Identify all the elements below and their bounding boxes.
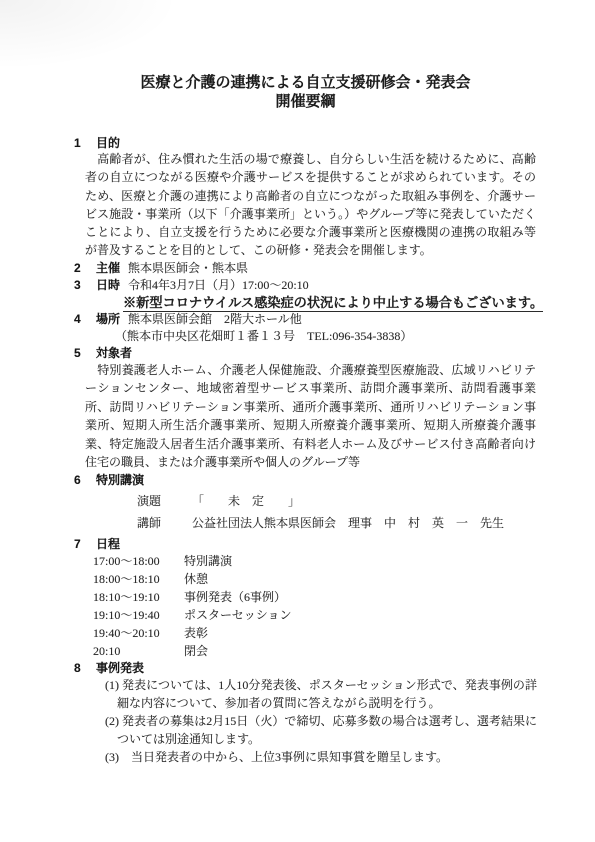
section-purpose: 1目的 高齢者が、住み慣れた生活の場で療養し、自分らしい生活を続けるために、高齢… bbox=[74, 136, 537, 260]
section-audience: 5対象者 特別養護老人ホーム、介護老人保健施設、介護療養型医療施設、広域リハビリ… bbox=[74, 345, 537, 472]
case-presentation-item: (1) 発表については、1人10分発表後、ポスターセッション形式で、発表事例の詳… bbox=[74, 676, 537, 712]
section-number: 7 bbox=[74, 536, 96, 552]
venue-address: （熊本市中央区花畑町１番１３号 TEL:096-354-3838） bbox=[115, 328, 537, 345]
organizer-text: 熊本県医師会・熊本県 bbox=[128, 261, 248, 275]
schedule-time: 20:10 bbox=[93, 642, 184, 660]
section-number: 5 bbox=[74, 345, 96, 361]
case-presentation-item: (3) 当日発表者の中から、上位3事例に県知事賞を贈呈します。 bbox=[74, 748, 537, 766]
lecture-title-value: 「 未 定 」 bbox=[192, 494, 300, 508]
section-lecture-heading: 6特別講演 bbox=[74, 472, 537, 488]
venue-text: 熊本県医師会館 2階大ホール他 bbox=[128, 312, 302, 326]
schedule-time: 18:00～18:10 bbox=[93, 570, 184, 588]
lecture-title-row: 演題「 未 定 」 bbox=[74, 493, 537, 509]
section-schedule-heading: 7日程 bbox=[74, 536, 537, 552]
section-number: 8 bbox=[74, 660, 96, 676]
section-heading-label: 場所 bbox=[96, 311, 128, 328]
section-organizer: 2主催熊本県医師会・熊本県 bbox=[74, 260, 537, 277]
schedule-event: ポスターセッション bbox=[184, 608, 292, 622]
section-special-lecture: 6特別講演 演題「 未 定 」 講師公益社団法人熊本県医師会 理事 中 村 英 … bbox=[74, 472, 537, 531]
document-page: 医療と介護の連携による自立支援研修会・発表会 開催要綱 1目的 高齢者が、住み慣… bbox=[0, 0, 595, 842]
section-schedule: 7日程 17:00～18:00特別講演 18:00～18:10休憩 18:10～… bbox=[74, 536, 537, 660]
schedule-time: 19:40～20:10 bbox=[93, 624, 184, 642]
section-number: 2 bbox=[74, 260, 96, 277]
section-heading-label: 事例発表 bbox=[96, 661, 144, 675]
section-heading-label: 日時 bbox=[96, 277, 128, 294]
lecturer-row: 講師公益社団法人熊本県医師会 理事 中 村 英 一 先生 bbox=[74, 515, 537, 531]
section-number: 3 bbox=[74, 277, 96, 294]
section-heading-label: 対象者 bbox=[96, 346, 132, 360]
lecturer-value: 公益社団法人熊本県医師会 理事 中 村 英 一 先生 bbox=[192, 516, 504, 530]
schedule-row: 18:10～19:10事例発表（6事例） bbox=[74, 588, 537, 606]
section-audience-heading: 5対象者 bbox=[74, 345, 537, 361]
schedule-event: 事例発表（6事例） bbox=[184, 590, 286, 604]
section-venue-line: 4場所熊本県医師会館 2階大ホール他 bbox=[74, 311, 537, 328]
lecture-title-label: 演題 bbox=[137, 493, 192, 509]
schedule-event: 表彰 bbox=[184, 626, 208, 640]
section-heading-label: 主催 bbox=[96, 260, 128, 277]
section-number: 4 bbox=[74, 311, 96, 328]
schedule-row: 17:00～18:00特別講演 bbox=[74, 552, 537, 570]
section-purpose-heading: 1目的 bbox=[74, 136, 537, 150]
datetime-text: 令和4年3月7日（月）17:00～20:10 bbox=[128, 278, 309, 292]
lecturer-label: 講師 bbox=[137, 515, 192, 531]
section-case-presentation: 8事例発表 (1) 発表については、1人10分発表後、ポスターセッション形式で、… bbox=[74, 660, 537, 766]
section-datetime-line: 3日時令和4年3月7日（月）17:00～20:10 bbox=[74, 277, 537, 294]
schedule-event: 閉会 bbox=[184, 644, 208, 658]
schedule-time: 19:10～19:40 bbox=[93, 606, 184, 624]
schedule-event: 特別講演 bbox=[184, 554, 232, 568]
schedule-row: 19:40～20:10表彰 bbox=[74, 624, 537, 642]
schedule-row: 20:10閉会 bbox=[74, 642, 537, 660]
schedule-row: 18:00～18:10休憩 bbox=[74, 570, 537, 588]
covid-cancellation-note-row: ※新型コロナウイルス感染症の状況により中止する場合もございます。 bbox=[123, 294, 537, 311]
section-heading-label: 日程 bbox=[96, 537, 120, 551]
schedule-time: 18:10～19:10 bbox=[93, 588, 184, 606]
section-organizer-line: 2主催熊本県医師会・熊本県 bbox=[74, 260, 537, 277]
purpose-body-text: 高齢者が、住み慣れた生活の場で療養し、自分らしい生活を続けるために、高齢者の自立… bbox=[85, 150, 536, 260]
page-subtitle: 開催要綱 bbox=[74, 92, 537, 111]
section-case-presentation-heading: 8事例発表 bbox=[74, 660, 537, 676]
section-number: 6 bbox=[74, 472, 96, 488]
case-presentation-item: (2) 発表者の募集は2月15日（火）で締切、応募多数の場合は選考し、選考結果に… bbox=[74, 712, 537, 748]
section-venue: 4場所熊本県医師会館 2階大ホール他 （熊本市中央区花畑町１番１３号 TEL:0… bbox=[74, 311, 537, 345]
page-title: 医療と介護の連携による自立支援研修会・発表会 bbox=[74, 73, 537, 92]
section-number: 1 bbox=[74, 136, 96, 150]
covid-cancellation-note: ※新型コロナウイルス感染症の状況により中止する場合もございます。 bbox=[123, 295, 543, 312]
schedule-time: 17:00～18:00 bbox=[93, 552, 184, 570]
schedule-event: 休憩 bbox=[184, 572, 208, 586]
schedule-row: 19:10～19:40ポスターセッション bbox=[74, 606, 537, 624]
section-heading-label: 特別講演 bbox=[96, 473, 144, 487]
section-datetime: 3日時令和4年3月7日（月）17:00～20:10 ※新型コロナウイルス感染症の… bbox=[74, 277, 537, 311]
audience-body-text: 特別養護老人ホーム、介護老人保健施設、介護療養型医療施設、広域リハビリテーション… bbox=[85, 361, 536, 472]
section-heading-label: 目的 bbox=[96, 136, 120, 150]
